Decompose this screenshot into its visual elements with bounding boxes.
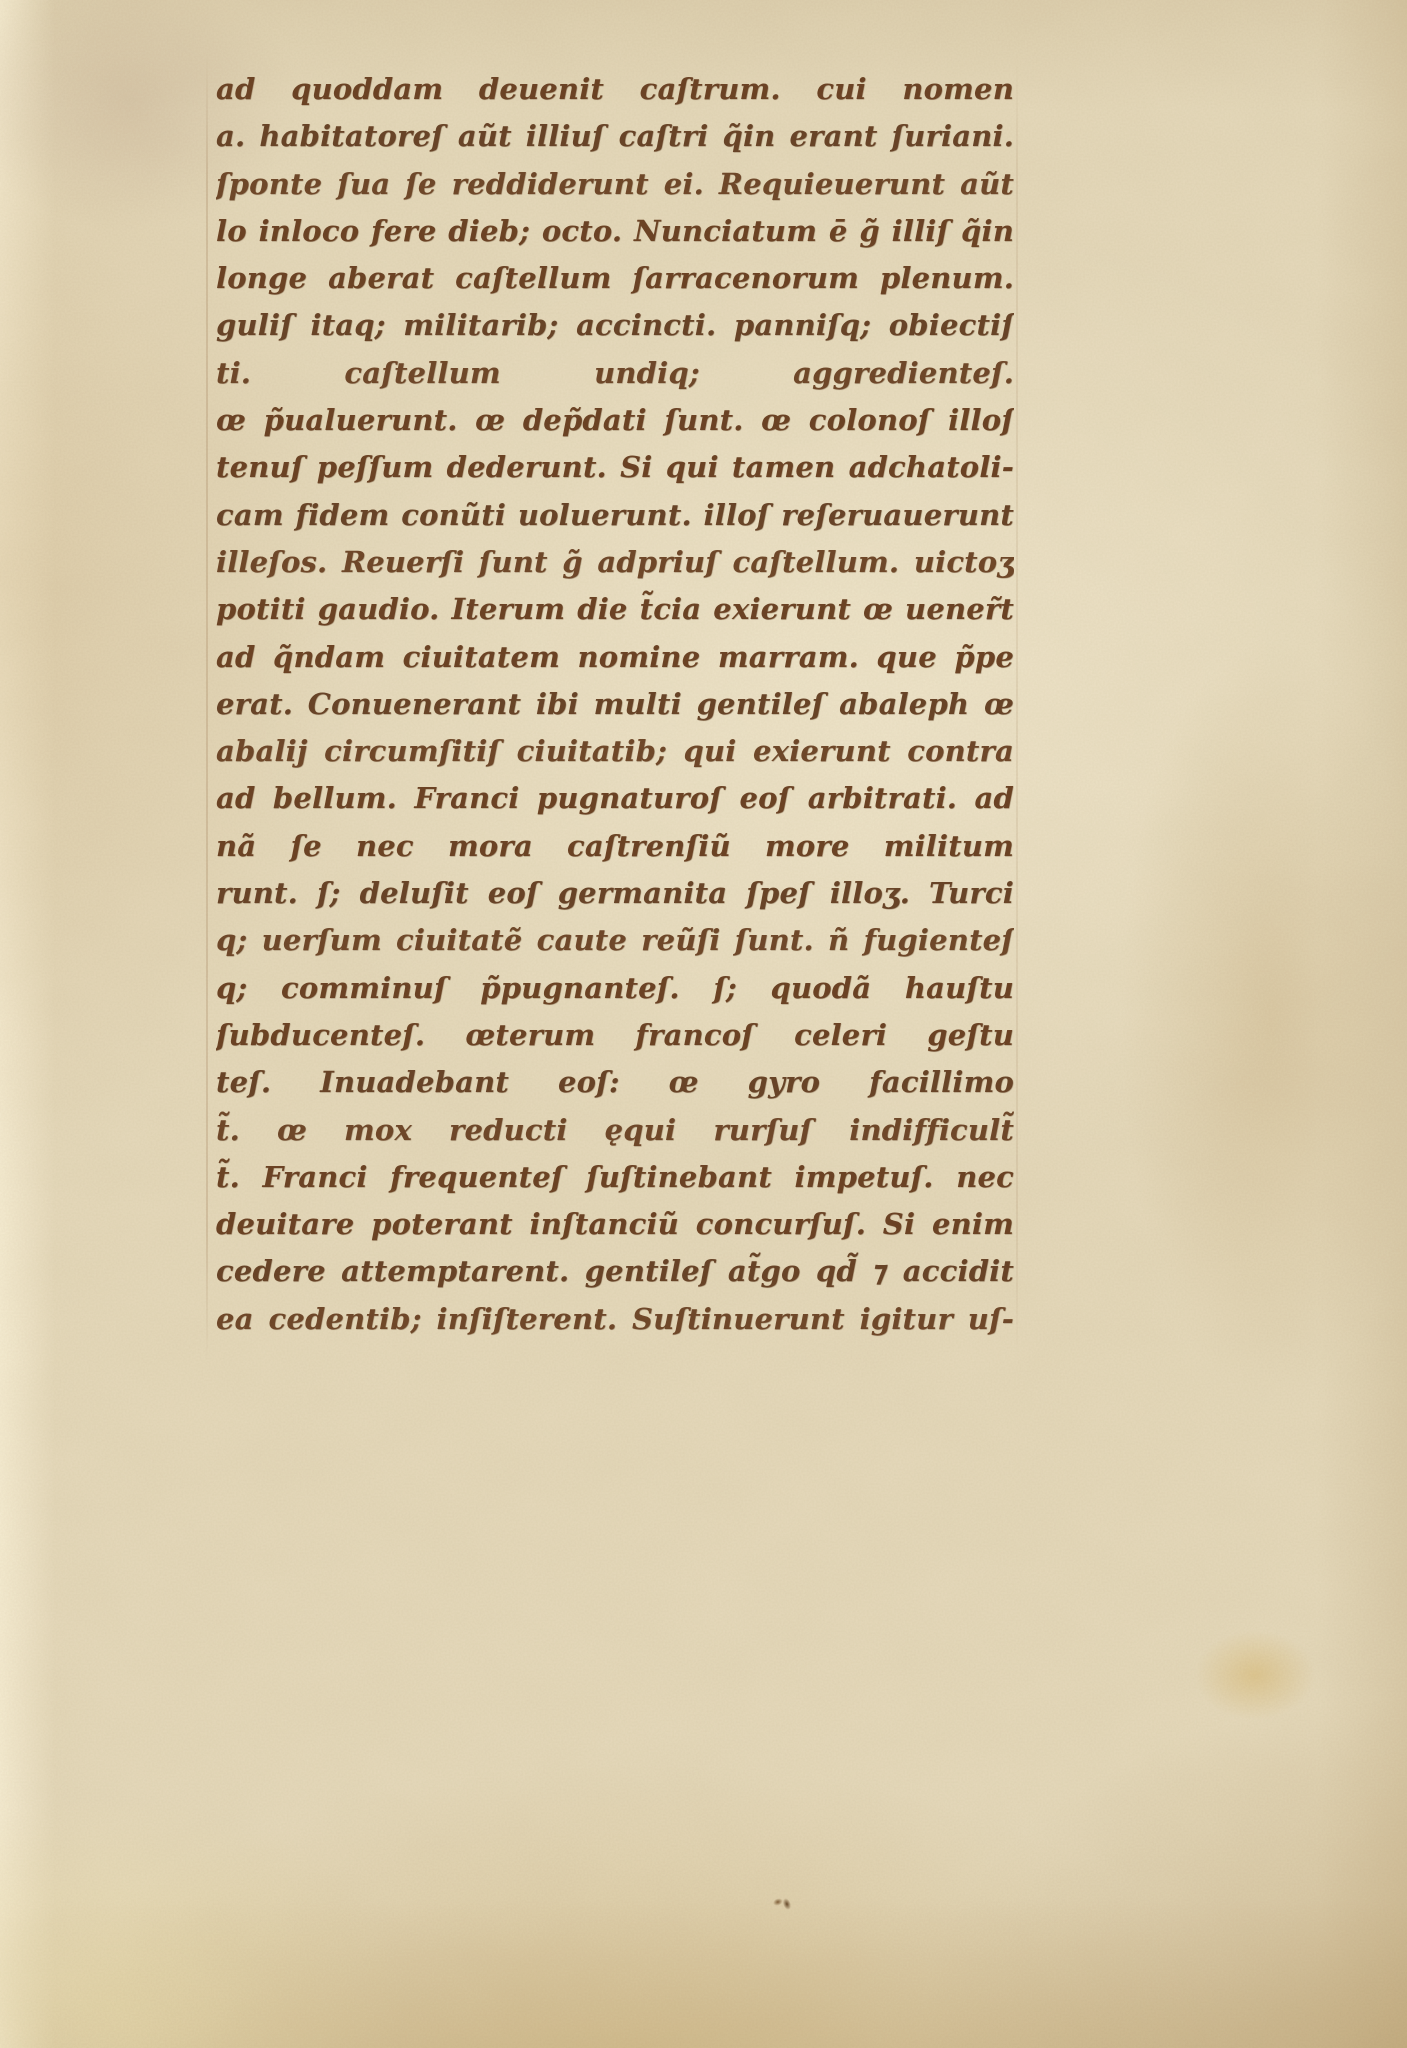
- manuscript-page: ad quoddam deuenit caſtrum. cui nomen th…: [0, 0, 1407, 2048]
- manuscript-line: cam fidem conũti uoluerunt. illoſ reſeru…: [216, 492, 1014, 539]
- manuscript-line: œ p̃ualuerunt. œ dep̃dati ſunt. œ colono…: [216, 397, 1014, 444]
- manuscript-line: nã ſe nec mora caſtrenſiũ more militum p…: [216, 823, 1014, 870]
- manuscript-line: t̃. œ mox reducti ęqui rurſuſ indifficul…: [216, 1107, 1014, 1154]
- parchment-stain: [1120, 640, 1407, 1400]
- manuscript-line: ti. caſtellum undiq; aggredienteſ. coang…: [216, 350, 1014, 397]
- parchment-stain: [1195, 1630, 1315, 1720]
- manuscript-line: t̃. Franci frequenteſ ſuſtinebant impetu…: [216, 1154, 1014, 1201]
- manuscript-line: potiti gaudio. Iterum die t̃cia exierunt…: [216, 586, 1014, 633]
- manuscript-line: runt. ſ; deluſit eoſ germanita ſpeſ illo…: [216, 870, 1014, 917]
- manuscript-line: tenuſ peſſum dederunt. Si qui tamen adch…: [216, 444, 1014, 491]
- manuscript-line: longe aberat caſtellum ſarracenorum plen…: [216, 255, 1014, 302]
- manuscript-line: abalij circumſitiſ ciuitatib; qui exieru…: [216, 728, 1014, 775]
- manuscript-line: ad q̃ndam ciuitatem nomine marram. que p…: [216, 634, 1014, 681]
- manuscript-line: teſ. Inuadebant eoſ: œ gyro facillimo re…: [216, 1059, 1014, 1106]
- text-block: ad quoddam deuenit caſtrum. cui nomen th…: [216, 66, 1014, 1343]
- manuscript-line: illeſos. Reuerſi ſunt g̃ adpriuſ caſtell…: [216, 539, 1014, 586]
- ink-blot-mark: [765, 1889, 796, 1917]
- manuscript-line: q; comminuſ p̃pugnanteſ. ſ; quodã hauſtu…: [216, 965, 1014, 1012]
- manuscript-line: cedere attemptarent. gentileſ at̃go qd̃ …: [216, 1248, 1014, 1295]
- manuscript-line: q; uerſum ciuitatẽ caute reũſi ſunt. ñ f…: [216, 917, 1014, 964]
- ruling-line-left: [206, 52, 208, 1362]
- manuscript-line: ad bellum. Franci pugnaturoſ eoſ arbitra…: [216, 775, 1014, 822]
- manuscript-line: guliſ itaq; militarib; accincti. panniſq…: [216, 302, 1014, 349]
- manuscript-line: ſubducenteſ. œterum francoſ celeri geſtu…: [216, 1012, 1014, 1059]
- manuscript-line: a. habitatoreſ aũt illiuſ caſtri q̃in er…: [216, 113, 1014, 160]
- manuscript-line: ea cedentib; inſiſterent. Suſtinuerunt i…: [216, 1296, 1014, 1343]
- manuscript-line: erat. Conuenerant ibi multi gentileſ aba…: [216, 681, 1014, 728]
- manuscript-line: ad quoddam deuenit caſtrum. cui nomen th…: [216, 66, 1014, 113]
- manuscript-line: ſponte ſua ſe reddiderunt ei. Requieueru…: [216, 161, 1014, 208]
- ruling-line-right: [1016, 52, 1018, 1362]
- manuscript-line: lo inloco fere dieb; octo. Nunciatum ē g…: [216, 208, 1014, 255]
- manuscript-line: deuitare poterant inſtanciũ concurſuſ. S…: [216, 1201, 1014, 1248]
